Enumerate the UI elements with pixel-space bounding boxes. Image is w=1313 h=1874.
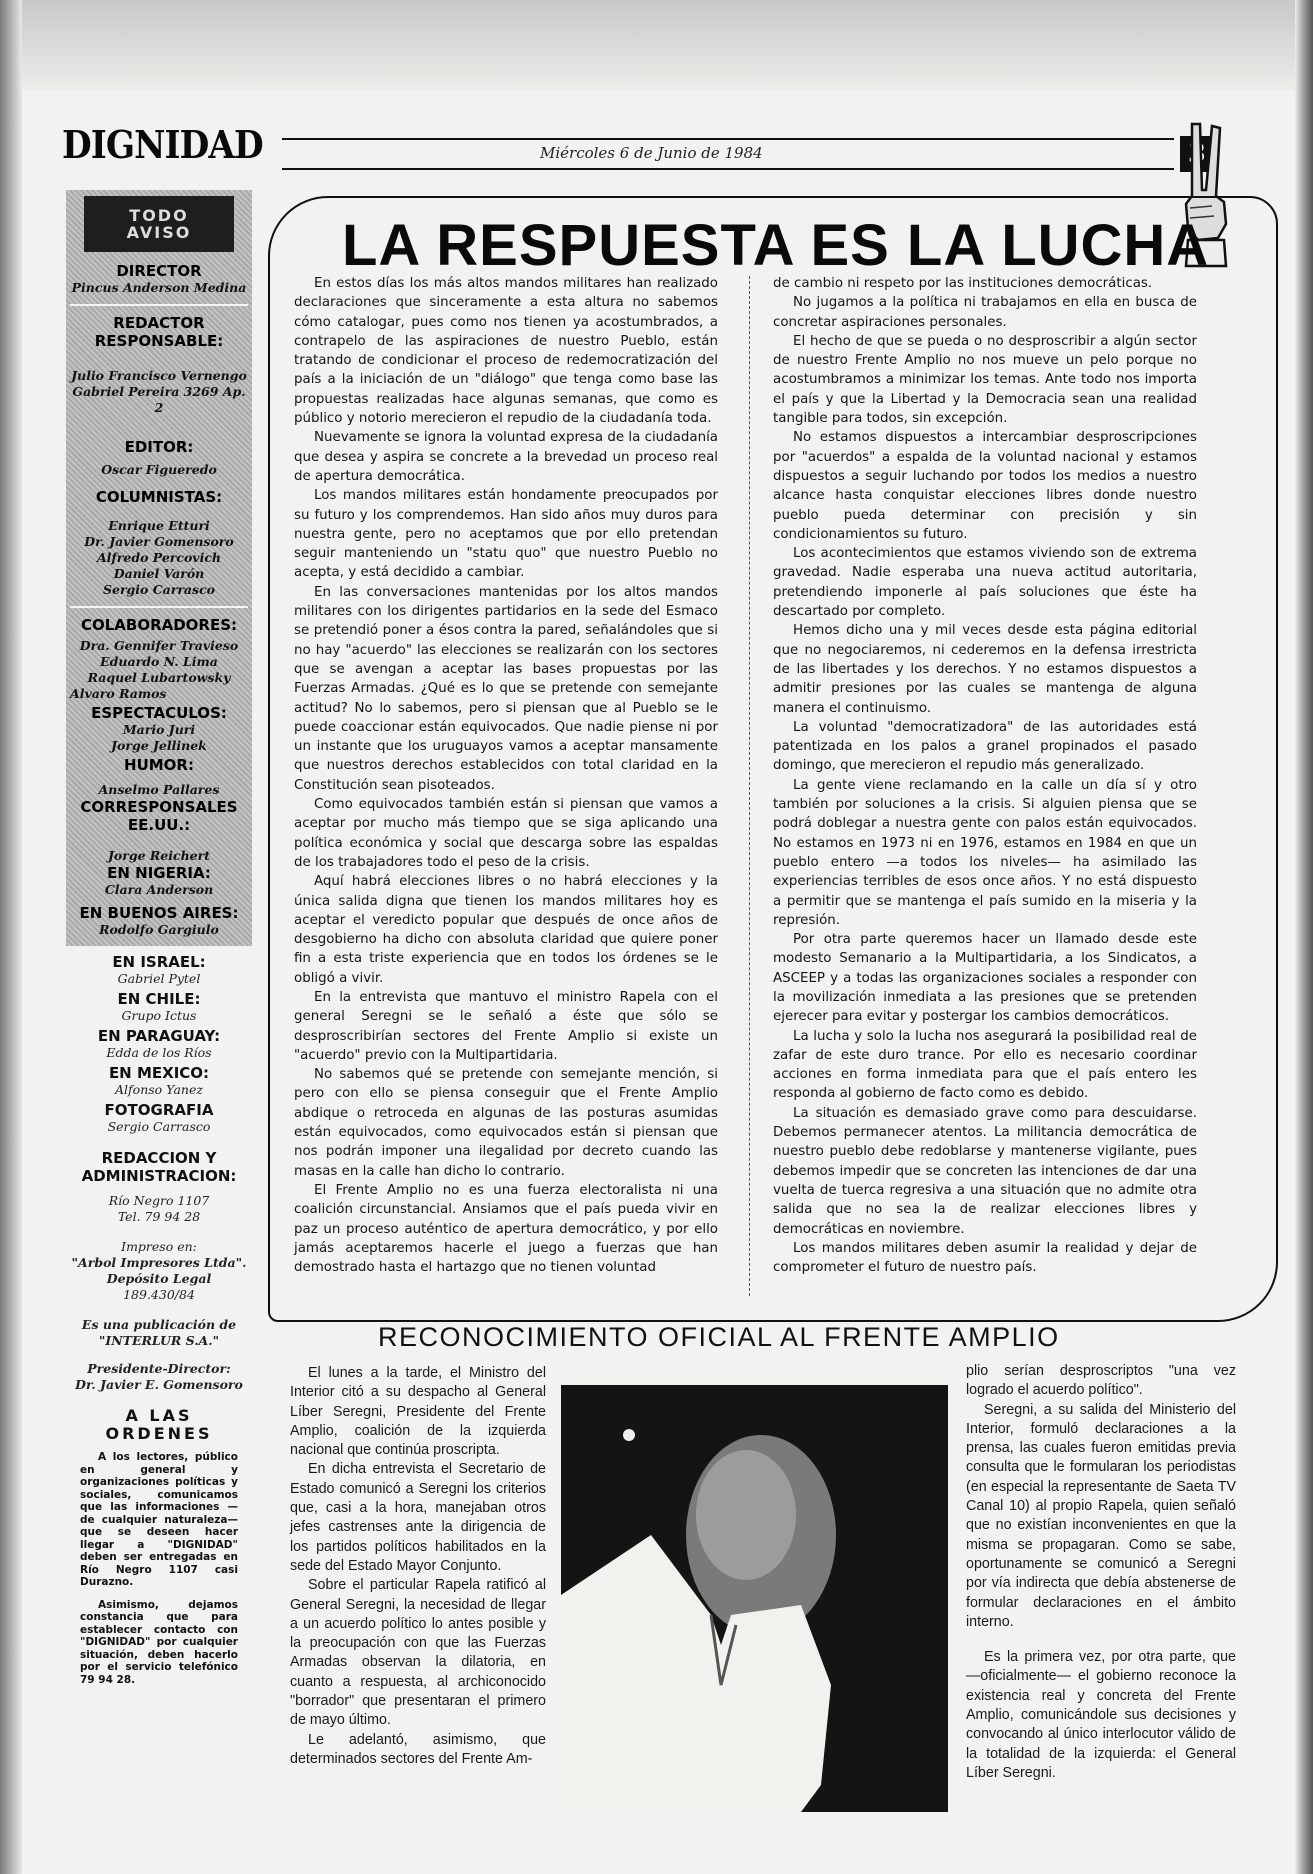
editorial-paragraph: Como equivocados también están si piensa… (294, 795, 718, 872)
staff-sidebar: TODO AVISO DIRECTOR Pincus Anderson Medi… (66, 190, 252, 1690)
staff-name: Grupo Ictus (70, 1008, 248, 1024)
editorial-continuation: de cambio ni respeto por las institucion… (773, 274, 1197, 293)
staff-name: Dra. Gennifer Travieso (70, 638, 248, 654)
editorial-paragraph: En la entrevista que mantuvo el ministro… (294, 988, 718, 1065)
staff-role: EN BUENOS AIRES: (70, 904, 248, 922)
divider (70, 304, 248, 306)
publisher-line: Es una publicación de (70, 1317, 248, 1333)
aviso-paragraph: A los lectores, público en general y org… (70, 1451, 248, 1589)
staff-name: Sergio Carrasco (70, 1119, 248, 1135)
staff-role: FOTOGRAFIA (70, 1101, 248, 1119)
article-column-right: plio serían desproscriptos "una vez logr… (966, 1362, 1236, 1783)
editorial-paragraph: Los acontecimientos que estamos viviendo… (773, 544, 1197, 621)
staff-role: HUMOR: (70, 756, 248, 774)
staff-shaded-box: TODO AVISO DIRECTOR Pincus Anderson Medi… (66, 190, 252, 946)
imprenta-line: Depósito Legal (70, 1271, 248, 1287)
staff-name: Oscar Figueredo (70, 462, 248, 478)
imprenta-line: "Arbol Impresores Ltda". (70, 1255, 248, 1271)
editorial-paragraph: La lucha y solo la lucha nos asegurará l… (773, 1027, 1197, 1104)
article-continuation: plio serían desproscriptos "una vez logr… (966, 1362, 1236, 1401)
issue-date: Miércoles 6 de Junio de 1984 (540, 144, 763, 162)
staff-name: Jorge Reichert (70, 848, 248, 864)
imprenta-block: Impreso en: "Arbol Impresores Ltda". Dep… (70, 1239, 248, 1303)
page-edge-right (1295, 0, 1313, 1874)
staff-name: Alfredo Percovich (70, 550, 248, 566)
staff-role: EN NIGERIA: (70, 864, 248, 882)
staff-role: COLABORADORES: (70, 616, 248, 634)
staff-name: Edda de los Ríos (70, 1045, 248, 1061)
aviso-title: A LAS ORDENES (70, 1407, 248, 1443)
staff-name: Daniel Varón (70, 566, 248, 582)
article-paragraph: En dicha entrevista el Secretario de Est… (290, 1460, 546, 1576)
editorial-column-left: En estos días los más altos mandos milit… (294, 274, 718, 1277)
editorial-paragraph: En estos días los más altos mandos milit… (294, 274, 718, 428)
article-paragraph: Seregni, a su salida del Ministerio del … (966, 1401, 1236, 1633)
editorial-paragraph: El hecho de que se pueda o no desproscri… (773, 332, 1197, 428)
staff-role: EDITOR: (70, 438, 248, 456)
editorial-paragraph: El Frente Amplio no es una fuerza electo… (294, 1181, 718, 1277)
redaccion-phone: Tel. 79 94 28 (70, 1209, 248, 1225)
todo-aviso-label: TODO AVISO (127, 207, 192, 241)
staff-name: Anselmo Pallares (70, 782, 248, 798)
staff-role: DIRECTOR (70, 262, 248, 280)
article-paragraph: Sobre el particular Rapela ratificó al G… (290, 1576, 546, 1730)
editorial-paragraph: No estamos dispuestos a intercambiar des… (773, 428, 1197, 544)
editorial-paragraph: Aquí habrá elecciones libres o no habrá … (294, 872, 718, 988)
page-edge-left (0, 0, 22, 1874)
editorial-paragraph: Nuevamente se ignora la voluntad expresa… (294, 428, 718, 486)
staff-role: EN CHILE: (70, 990, 248, 1008)
staff-role: EN ISRAEL: (70, 953, 248, 971)
editorial-paragraph: Por otra parte queremos hacer un llamado… (773, 930, 1197, 1026)
staff-role: ESPECTACULOS: (70, 704, 248, 722)
portrait-photo (561, 1385, 948, 1812)
article-paragraph: Es la primera vez, por otra parte, que —… (966, 1648, 1236, 1783)
aviso-paragraph: Asimismo, dejamos constancia que para es… (70, 1599, 248, 1687)
publisher-block: Es una publicación de "INTERLUR S.A." Pr… (70, 1317, 248, 1393)
article-headline: RECONOCIMIENTO OFICIAL AL FRENTE AMPLIO (378, 1322, 1060, 1353)
editorial-paragraph: La voluntad "democratizadora" de las aut… (773, 718, 1197, 776)
staff-address: Gabriel Pereira 3269 Ap. 2 (70, 384, 248, 416)
staff-name: Raquel Lubartowsky (70, 670, 248, 686)
staff-role: REDACTOR RESPONSABLE: (70, 314, 248, 350)
staff-role: CORRESPONSALES EE.UU.: (70, 798, 248, 834)
staff-name: Enrique Etturi (70, 518, 248, 534)
editorial-paragraph: La gente viene reclamando en la calle un… (773, 776, 1197, 930)
column-divider (749, 276, 751, 1296)
article-paragraph: Le adelantó, asimismo, que determinados … (290, 1731, 546, 1770)
masthead: DIGNIDAD Miércoles 6 de Junio de 1984 3 (62, 122, 1252, 182)
editorial-headline: LA RESPUESTA ES LA LUCHA (342, 212, 1209, 279)
editorial-paragraph: En las conversaciones mantenidas por los… (294, 583, 718, 795)
staff-name: Eduardo N. Lima (70, 654, 248, 670)
staff-name: Jorge Jellinek (70, 738, 248, 754)
editorial-paragraph: Los mandos militares deben asumir la rea… (773, 1239, 1197, 1278)
editorial-paragraph: Los mandos militares están hondamente pr… (294, 486, 718, 582)
staff-name: Sergio Carrasco (70, 582, 248, 598)
portrait-figure-icon (561, 1385, 948, 1812)
redaccion-address: Río Negro 1107 (70, 1193, 248, 1209)
staff-name: Pincus Anderson Medina (70, 280, 248, 296)
article-column-left: El lunes a la tarde, el Ministro del Int… (290, 1364, 546, 1769)
redaccion-block: REDACCION Y ADMINISTRACION: Río Negro 11… (70, 1149, 248, 1225)
newspaper-logo: DIGNIDAD (62, 122, 263, 167)
staff-name: Mario Juri (70, 722, 248, 738)
staff-name: Rodolfo Gargiulo (70, 922, 248, 938)
editorial-paragraph: No jugamos a la política ni trabajamos e… (773, 293, 1197, 332)
editorial-paragraph: No sabemos qué se pretende con semejante… (294, 1065, 718, 1181)
imprenta-line: Impreso en: (70, 1239, 248, 1255)
imprenta-line: 189.430/84 (70, 1287, 248, 1303)
todo-aviso-badge: TODO AVISO (84, 196, 234, 252)
divider (70, 606, 248, 608)
masthead-rule-top (282, 138, 1174, 140)
staff-name: Julio Francisco Vernengo (70, 368, 248, 384)
article-paragraph: El lunes a la tarde, el Ministro del Int… (290, 1364, 546, 1460)
publisher-line: Dr. Javier E. Gomensoro (70, 1377, 248, 1393)
staff-name: Alvaro Ramos (70, 686, 248, 702)
page-top-shadow (0, 0, 1313, 90)
staff-plain-box: EN ISRAEL: Gabriel Pytel EN CHILE: Grupo… (66, 946, 252, 1690)
staff-name: Clara Anderson (70, 882, 248, 898)
masthead-rule-bottom (282, 168, 1174, 170)
staff-role: COLUMNISTAS: (70, 488, 248, 506)
editorial-paragraph: La situación es demasiado grave como par… (773, 1104, 1197, 1239)
staff-name: Gabriel Pytel (70, 971, 248, 987)
editorial-column-right: de cambio ni respeto por las institucion… (773, 274, 1197, 1277)
editorial-paragraph: Hemos dicho una y mil veces desde esta p… (773, 621, 1197, 717)
staff-role: EN PARAGUAY: (70, 1027, 248, 1045)
redaccion-title: REDACCION Y ADMINISTRACION: (70, 1149, 248, 1185)
publisher-line: Presidente-Director: (70, 1361, 248, 1377)
staff-role: EN MEXICO: (70, 1064, 248, 1082)
publisher-line: "INTERLUR S.A." (70, 1333, 248, 1349)
staff-name: Dr. Javier Gomensoro (70, 534, 248, 550)
staff-name: Alfonso Yanez (70, 1082, 248, 1098)
